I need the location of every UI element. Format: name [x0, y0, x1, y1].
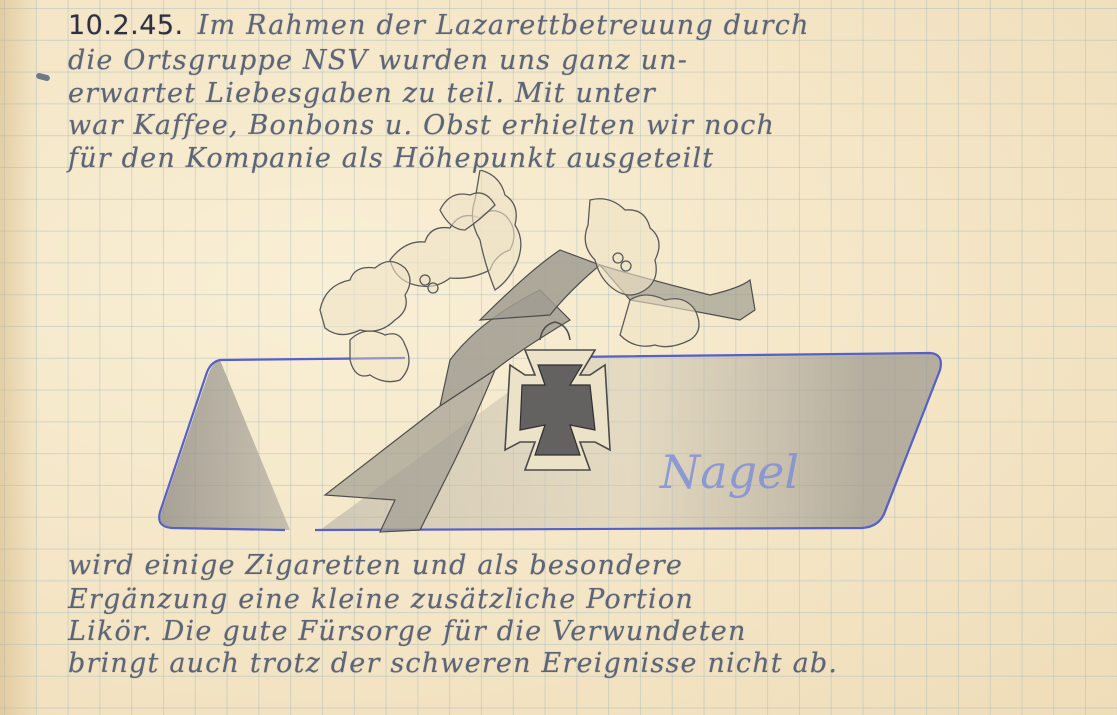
entry-date: 10.2.45. [68, 10, 184, 41]
text-line-1-content: Im Rahmen der Lazarettbetreuung durch [198, 10, 810, 41]
paper-edge-shadow [0, 0, 40, 715]
text-line-3: erwartet Liebesgaben zu teil. Mit unter [68, 78, 656, 109]
text-line-2: die Ortsgruppe NSV wurden uns ganz un- [68, 45, 688, 76]
text-line-7: Ergänzung eine kleine zusätzliche Portio… [68, 584, 694, 615]
text-line-9: bringt auch trotz der schweren Ereigniss… [68, 648, 838, 679]
text-line-4: war Kaffee, Bonbons u. Obst erhielten wi… [68, 110, 775, 141]
text-line-8: Likör. Die gute Fürsorge für die Verwund… [68, 616, 747, 647]
text-line-1: 10.2.45.Im Rahmen der Lazarettbetreuung … [68, 10, 810, 41]
artist-signature: Nagel [659, 445, 799, 499]
diary-page: 10.2.45.Im Rahmen der Lazarettbetreuung … [0, 0, 1117, 715]
iron-cross-illustration: Nagel [150, 170, 950, 550]
text-line-6: wird einige Zigaretten und als besondere [68, 550, 683, 581]
